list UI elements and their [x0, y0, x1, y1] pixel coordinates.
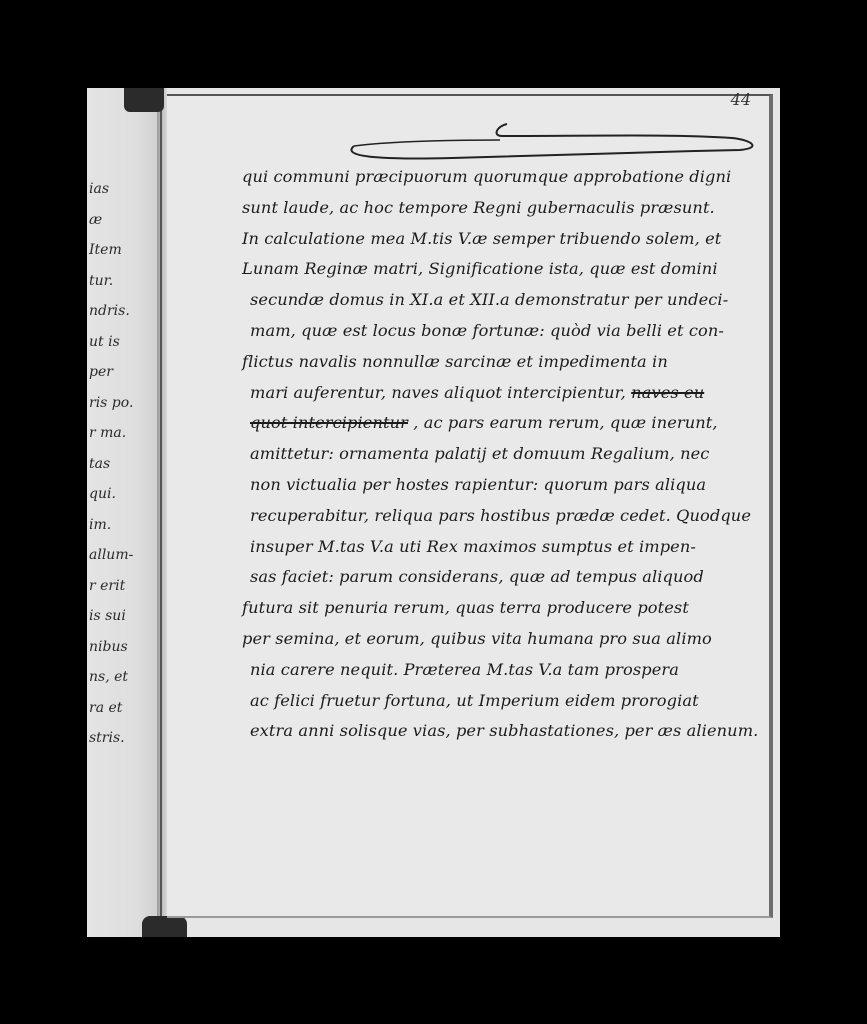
left-fragment: ias — [89, 174, 157, 205]
text-line: Lunam Reginæ matri, Significatione ista,… — [242, 254, 762, 285]
text-line: mam, quæ est locus bonæ fortunæ: quòd vi… — [242, 316, 762, 347]
left-fragment: ra et — [89, 693, 157, 724]
right-page: 44 qui communi præcipuorum quorumque app… — [167, 94, 773, 918]
left-fragment: is sui — [89, 601, 157, 632]
left-fragment: nibus — [89, 632, 157, 663]
struck-text: naves eu — [631, 383, 704, 402]
text-segment: mari auferentur, naves aliquot intercipi… — [250, 383, 626, 402]
struck-text: quot intercipientur — [250, 413, 408, 432]
text-line: qui communi præcipuorum quorumque approb… — [242, 162, 762, 193]
text-line: In calculatione mea M.tis V.æ semper tri… — [242, 224, 762, 255]
text-line: extra anni solisque vias, per subhastati… — [242, 716, 762, 747]
text-line: ac felici fruetur fortuna, ut Imperium e… — [242, 686, 762, 717]
left-fragment: im. — [89, 510, 157, 541]
left-fragment: tur. — [89, 266, 157, 297]
text-segment: , ac pars earum rerum, quæ inerunt, — [413, 413, 717, 432]
text-line: sas faciet: parum considerans, quæ ad te… — [242, 562, 762, 593]
text-line: nia carere nequit. Præterea M.tas V.a ta… — [242, 655, 762, 686]
text-line: secundæ domus in XI.a et XII.a demonstra… — [242, 285, 762, 316]
text-line: quot intercipientur , ac pars earum reru… — [242, 408, 762, 439]
text-line: per semina, et eorum, quibus vita humana… — [242, 624, 762, 655]
text-line: mari auferentur, naves aliquot intercipi… — [242, 378, 762, 409]
left-fragment: allum- — [89, 540, 157, 571]
decorative-flourish-icon — [342, 118, 757, 163]
left-fragment: ndris. — [89, 296, 157, 327]
text-line: recuperabitur, reliqua pars hostibus præ… — [242, 501, 762, 532]
page-number: 44 — [731, 90, 751, 109]
left-fragment: ns, et — [89, 662, 157, 693]
binding-thread-line — [160, 108, 162, 918]
text-line: flictus navalis nonnullæ sarcinæ et impe… — [242, 347, 762, 378]
text-line: non victualia per hostes rapientur: quor… — [242, 470, 762, 501]
left-fragment: qui. — [89, 479, 157, 510]
book-gutter — [157, 88, 167, 937]
text-line: futura sit penuria rerum, quas terra pro… — [242, 593, 762, 624]
left-fragment: Item — [89, 235, 157, 266]
text-line: amittetur: ornamenta palatij et domuum R… — [242, 439, 762, 470]
text-line: insuper M.tas V.a uti Rex maximos sumptu… — [242, 532, 762, 563]
left-page: ias æ Item tur. ndris. ut is per ris po.… — [87, 88, 159, 937]
left-fragment: ris po. — [89, 388, 157, 419]
left-fragment: r ma. — [89, 418, 157, 449]
left-fragment: ut is — [89, 327, 157, 358]
manuscript-scan: ias æ Item tur. ndris. ut is per ris po.… — [87, 88, 780, 937]
left-fragment: tas — [89, 449, 157, 480]
left-fragment: stris. — [89, 723, 157, 754]
binding-tab-top — [124, 88, 164, 112]
text-line: sunt laude, ac hoc tempore Regni guberna… — [242, 193, 762, 224]
left-page-text-fragments: ias æ Item tur. ndris. ut is per ris po.… — [89, 174, 157, 754]
left-fragment: r erit — [89, 571, 157, 602]
binding-tab-bottom — [142, 916, 187, 937]
left-fragment: per — [89, 357, 157, 388]
manuscript-body-text: qui communi præcipuorum quorumque approb… — [242, 162, 762, 747]
left-fragment: æ — [89, 205, 157, 236]
